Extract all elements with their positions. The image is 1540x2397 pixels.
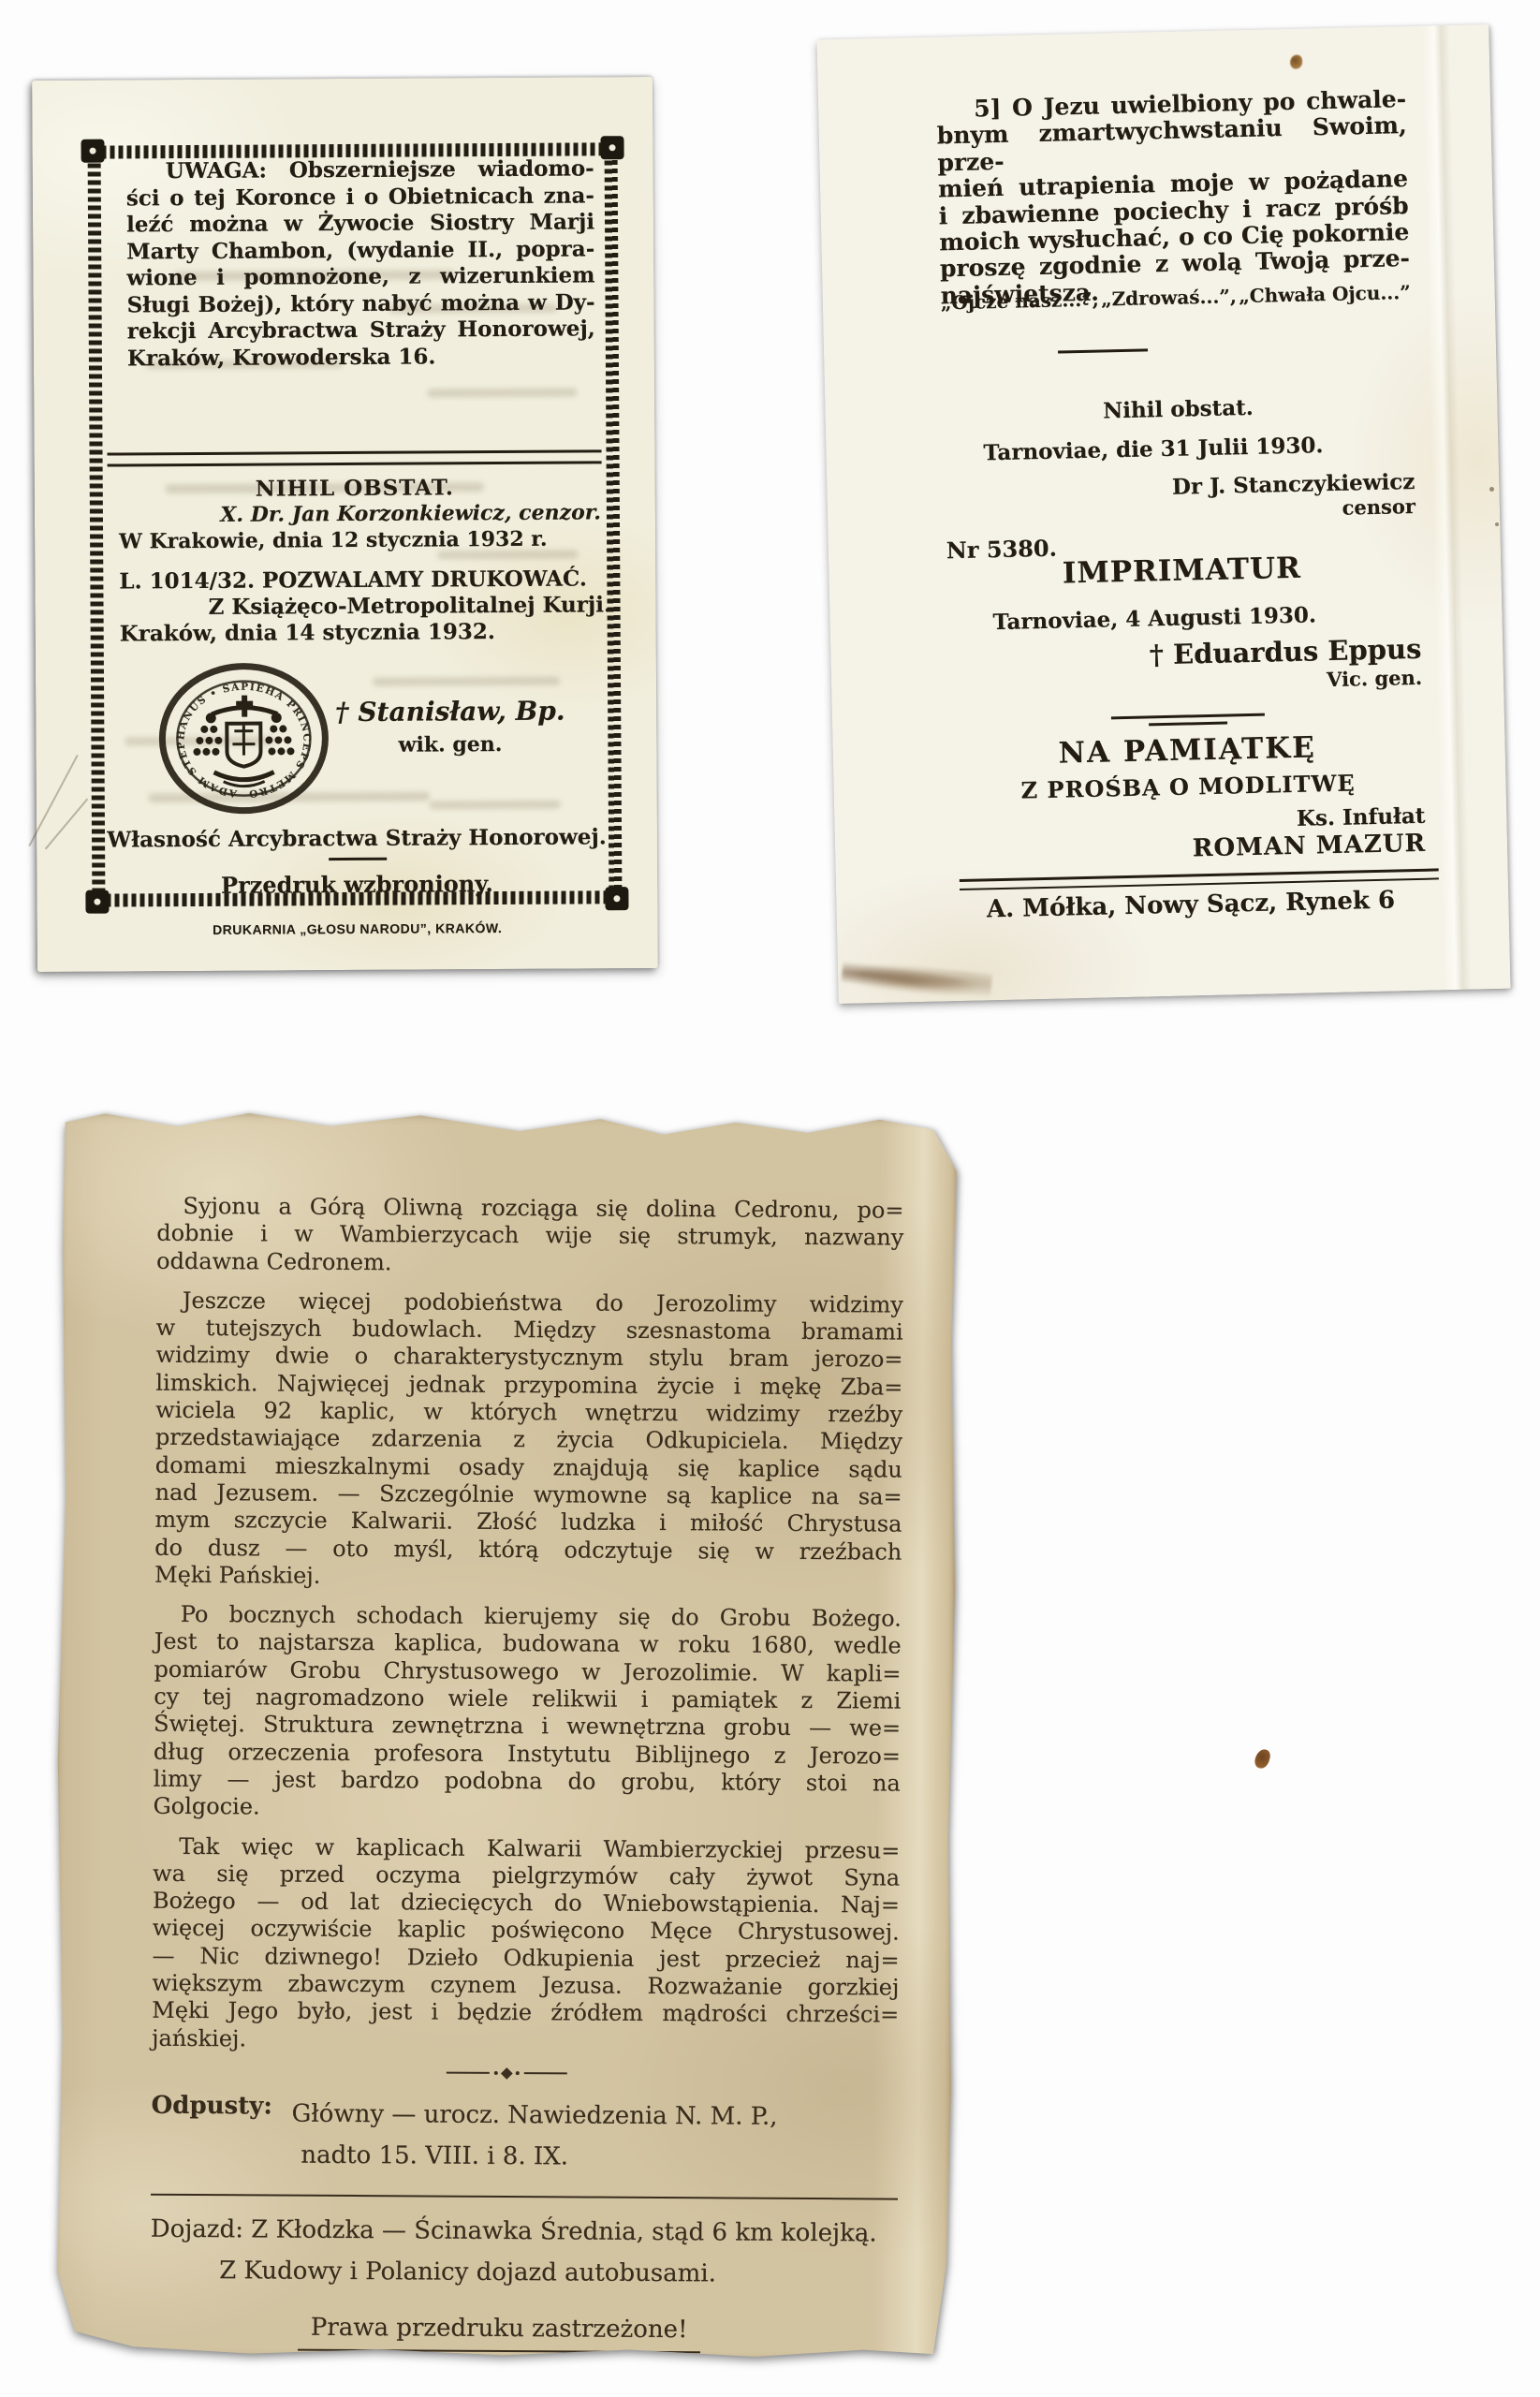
seal-coat-of-arms bbox=[193, 695, 295, 787]
permit-line: L. 1014/32. POZWALAMY DRUKOWAĆ. bbox=[119, 566, 587, 594]
indulgences-text: Główny — urocz. Nawiedzenia N. M. P., na… bbox=[291, 2094, 778, 2179]
prayer-paragraph: 5] O Jezu uwielbiony po chwale-bnym zmar… bbox=[936, 86, 1411, 310]
krakow-date-line-2: Kraków, dnia 14 stycznia 1932. bbox=[120, 619, 495, 646]
short-rule bbox=[1058, 348, 1148, 353]
kuria-line: Z Książęco-Metropolitalnej Kurji. bbox=[208, 592, 611, 620]
stitched-border-left bbox=[88, 152, 106, 902]
paragraph-kalwaria: Tak więc w kaplicach Kalwarii Wambierzyc… bbox=[152, 1832, 900, 2056]
scanner-background: UWAGA: Obszerniejsze wiadomo-ści o tej K… bbox=[0, 0, 1540, 2397]
tarnow-date-line-1: Tarnoviae, die 31 Julii 1930. bbox=[983, 433, 1323, 465]
travel-line-1: Dojazd: Z Kłodzka — Ścinawka Średnia, st… bbox=[151, 2209, 898, 2255]
pilgrimage-leaflet-wambierzyce: Syjonu a Górą Oliwną rozciąga się dolina… bbox=[52, 1110, 961, 2364]
bishop-seal: ADAM STEPHANUS • SAPIEHA PRINCEPS METROP… bbox=[157, 661, 330, 816]
short-rule bbox=[1111, 713, 1265, 720]
rights-reserved-line: Prawa przedruku zastrzeżone! bbox=[125, 2313, 873, 2354]
ownership-line: Własność Arcybractwa Straży Honorowej. bbox=[92, 824, 622, 852]
refrain-ojcze-nasz: „Ojcze nasz...”, bbox=[941, 288, 1099, 315]
publisher-line: A. Mółka, Nowy Sącz, Rynek 6 bbox=[954, 886, 1428, 924]
indulgences-block: Odpusty: Główny — urocz. Nawiedzenia N. … bbox=[151, 2093, 899, 2180]
nihil-obstat-heading: NIHIL OBSTAT. bbox=[90, 474, 620, 502]
travel-directions-block: Dojazd: Z Kłodzka — Ścinawka Średnia, st… bbox=[150, 2209, 898, 2296]
imprimatur-card-tarnow: 5] O Jezu uwielbiony po chwale-bnym zmar… bbox=[816, 24, 1510, 1004]
bishop-signature-block: † Stanisław, Bp. wik. gen. bbox=[330, 696, 569, 758]
refrain-zdrowas: „Zdrowaś...”, bbox=[1101, 285, 1237, 310]
uwaga-paragraph: UWAGA: Obszerniejsze wiadomo-ści o tej K… bbox=[126, 155, 595, 372]
krakow-date-line-1: W Krakowie, dnia 12 stycznia 1932 r. bbox=[119, 527, 548, 554]
refrain-chwala-ojcu: „Chwała Ojcu...” bbox=[1239, 281, 1411, 307]
memory-title: NA PAMIĄTKĘ bbox=[950, 728, 1424, 772]
divider-ornament bbox=[133, 2066, 880, 2080]
imprimatur-card-krakow: UWAGA: Obszerniejsze wiadomo-ści o tej K… bbox=[32, 77, 658, 972]
stitched-border-right bbox=[605, 148, 623, 898]
short-rule bbox=[329, 858, 387, 860]
border-corner-ornament bbox=[600, 136, 623, 159]
leaflet-text-column: Syjonu a Górą Oliwną rozciąga się dolina… bbox=[150, 1193, 904, 2355]
paragraph-cedron: Syjonu a Górą Oliwną rozciąga się dolina… bbox=[156, 1193, 904, 1280]
nihil-obstat-line: Nihil obstat. bbox=[943, 391, 1413, 427]
tarnow-date-line-2: Tarnoviae, 4 Augusti 1930. bbox=[992, 602, 1316, 635]
censor-signature: X. Dr. Jan Korzonkiewicz, cenzor. bbox=[124, 500, 601, 527]
indulgences-label: Odpusty: bbox=[151, 2093, 292, 2176]
short-rule bbox=[1149, 722, 1227, 727]
horizontal-rule bbox=[151, 2194, 898, 2200]
bishop-title: wik. gen. bbox=[330, 732, 569, 758]
reprint-forbidden-line: Przedruk wzbroniony. bbox=[92, 869, 622, 899]
travel-line-2: Z Kudowy i Polanicy dojazd autobusami. bbox=[150, 2250, 897, 2296]
paragraph-holy-sepulchre: Po bocznych schodach kierujemy się do Gr… bbox=[153, 1601, 901, 1825]
debris-dot bbox=[1495, 522, 1499, 526]
paper-smudge bbox=[841, 959, 992, 1000]
debris-dot bbox=[1489, 487, 1494, 492]
paragraph-chapels: Jeszcze więcej podobieństwa do Jerozolim… bbox=[154, 1287, 903, 1594]
border-corner-ornament bbox=[81, 140, 104, 163]
paper-stain bbox=[1290, 55, 1302, 69]
pilgrimage-leaflet-shadow: Syjonu a Górą Oliwną rozciąga się dolina… bbox=[56, 1112, 957, 2361]
memory-subtitle: Z PROŚBĄ O MODLITWĘ bbox=[951, 768, 1425, 805]
bishop-signature: † Stanisław, Bp. bbox=[330, 696, 569, 728]
debris-speck bbox=[1254, 1747, 1272, 1770]
printer-imprint: DRUKARNIA „GŁOSU NARODU”, KRAKÓW. bbox=[93, 919, 623, 937]
